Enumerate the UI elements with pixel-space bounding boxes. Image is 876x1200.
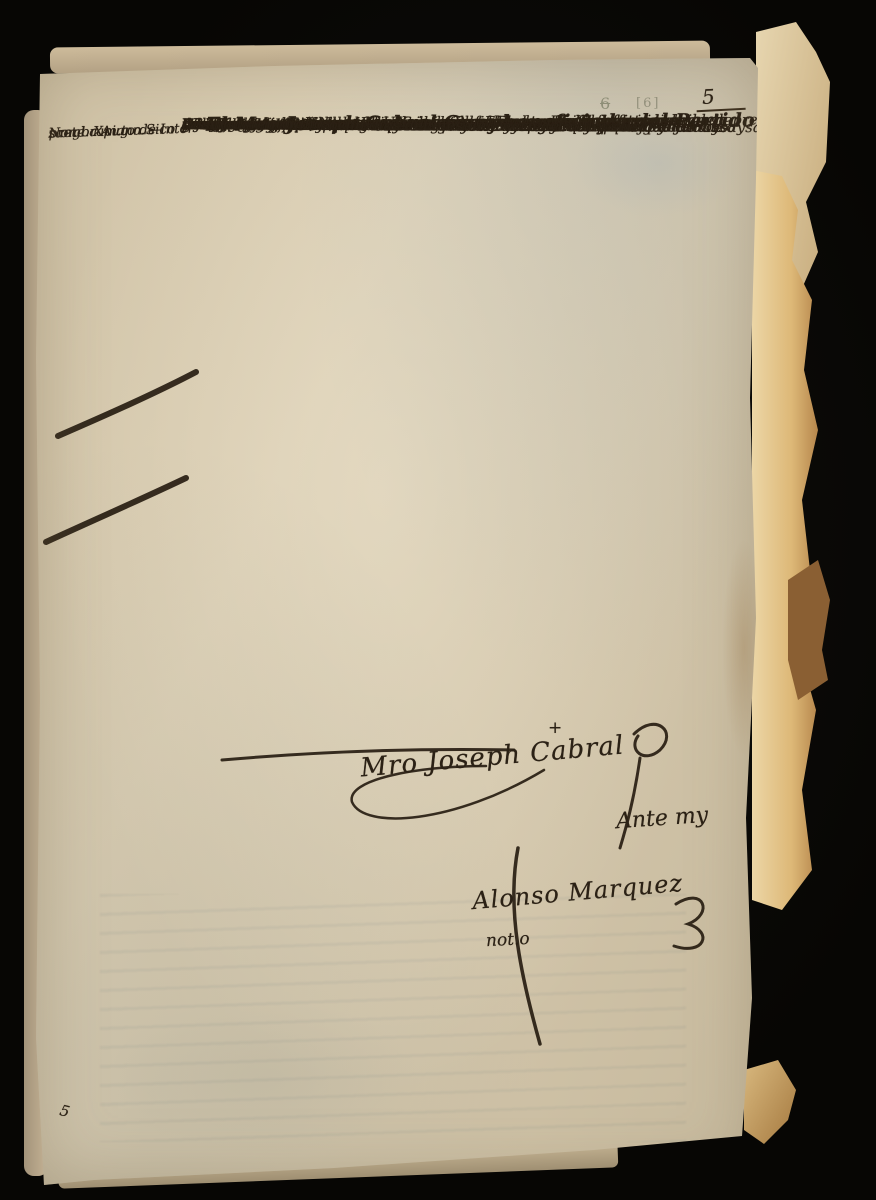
signature-ante-mi: Ante my bbox=[615, 803, 709, 834]
signature-judge: Mro Joseph Cabral bbox=[359, 731, 625, 784]
margin-note: Nombram.to de Inter prete a Aug.n Sico s… bbox=[48, 117, 196, 122]
page-stack-edge-bottom bbox=[744, 1060, 796, 1144]
verso-showthrough bbox=[100, 894, 686, 1142]
margin-note-line: sangl. Xpiano. — bbox=[48, 119, 163, 145]
signature-rubric bbox=[634, 724, 667, 755]
manuscript-page: Nombram.to de Inter prete a Aug.n Sico s… bbox=[34, 58, 760, 1186]
bottom-folio-mark: 5 bbox=[58, 1101, 72, 1121]
page-stack-edge-dark bbox=[788, 560, 830, 700]
margin-flourish-stroke bbox=[58, 372, 196, 436]
margin-flourish-stroke bbox=[46, 478, 186, 542]
photograph-canvas: Nombram.to de Inter prete a Aug.n Sico s… bbox=[0, 0, 876, 1200]
signature-notary-title: not.o bbox=[486, 929, 531, 951]
signature-rubric bbox=[620, 758, 640, 848]
body-line: tos y quarenta años bbox=[182, 109, 331, 141]
page-stack-edge-main bbox=[752, 170, 824, 910]
